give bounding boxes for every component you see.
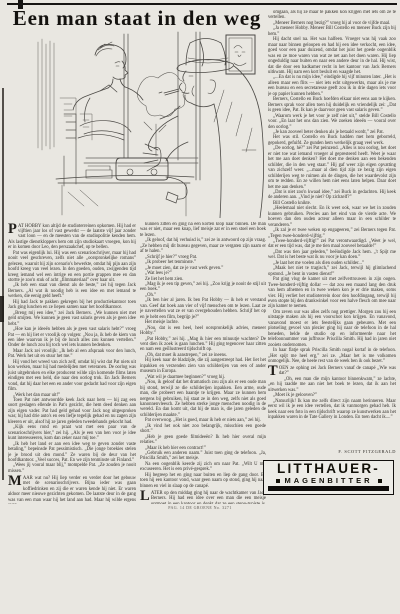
story-paragraph: „Maak het niet te tragisch,” zei Jack, t… (268, 266, 396, 277)
story-paragraph: „Nou, ik geloof dat het dramatisch zou z… (140, 380, 266, 418)
story-paragraph: „Oh, een man die mijn kantoor binnenkwam… (268, 377, 396, 393)
story-paragraph: „...En dat is nu mijn idee,” eindigde hi… (268, 75, 396, 97)
story-paragraph: „Dat was tien jaar geleden,” beëindigde … (268, 250, 396, 261)
story-paragraph: „Ik ben hier al jaren. Ik ben Pat Hobby … (140, 298, 266, 320)
story-paragraph: Na een oogenblik keerde zij zich om naar… (140, 462, 266, 473)
story-paragraph: „Pat Hobby,” zei hij. „Mag ik hier een m… (140, 337, 266, 353)
story-paragraph: kunnen zitten en ging na een korten klop… (140, 222, 266, 238)
story-paragraph: „Natuurlijk! Ik kan me zelfs direct zijn… (268, 399, 396, 421)
story-paragraph: „Ja meneer Hobby. Meneer Bill Costello e… (268, 26, 396, 37)
pen-drawing (28, 30, 268, 218)
story-paragraph: „Ik geloof, dat hij verhuisd is,” zei ze… (140, 238, 266, 254)
story-paragraph: „Ik heb het land er aan een idee weg te … (8, 442, 136, 464)
story-paragraph: Pat overwoog. „Het is goed, maar ik heb … (140, 418, 266, 423)
story-paragraph: Hij had Jack te pakken gekregen bij het … (8, 300, 136, 311)
story-paragraph: „Breng mij een idee,” zei Jack Berners. … (8, 311, 136, 327)
story-paragraph: „Hoe kan je ideeën hebben als je geen va… (8, 327, 136, 349)
story-paragraph: PAT HOBBY kon altijd de studioterreinen … (8, 224, 136, 251)
drop-cap: L (140, 491, 151, 502)
desk (56, 166, 194, 216)
man-figure (143, 39, 264, 219)
story-paragraph: „Ik zal je er twee weken op engageeren,”… (268, 228, 396, 239)
article-column-left: PAT HOBBY kon altijd de studioterreinen … (8, 222, 136, 504)
top-rule (7, 3, 397, 5)
story-illustration (28, 30, 268, 218)
woman-figure (73, 42, 143, 140)
scan-artifact-line (2, 88, 4, 480)
ad-product-row: MAGENBITTER (264, 477, 393, 485)
story-paragraph: Berners, Costello en Buck hoefden elkaar… (268, 97, 396, 113)
story-paragraph: „Kijk eens rond en praat wat met een paa… (8, 425, 136, 441)
drop-cap: M (8, 476, 23, 487)
story-paragraph: In haar flatje sprak Priscilla Smith nog… (268, 348, 396, 364)
ad-product-text: MAGENBITTER (285, 477, 373, 485)
ad-divider-bar (268, 486, 389, 491)
story-paragraph: omgaan, als hij ze maar te pakken kon kr… (268, 10, 396, 21)
story-paragraph: „De oorlog, hè?” zei Pat peinzend. „Alle… (268, 146, 396, 190)
author-byline: F. SCOTT FITZGERALD (268, 449, 396, 454)
story-paragraph: „Nou, dat is een heel, heel oorspronkeli… (140, 326, 266, 337)
story-paragraph: „Ik vind het ook niet zoo belangrijk, mi… (140, 424, 266, 435)
story-paragraph: MAAR wat nu? Hij liep verder en verder d… (8, 476, 136, 504)
scan-artifact-blotch (0, 296, 4, 322)
story-paragraph: „Heelemaal niet slecht. En ik weet ook, … (268, 206, 396, 228)
drop-cap: P (8, 224, 18, 235)
dictaphone (116, 158, 187, 203)
page-title: Een man staat in den weg (8, 6, 266, 31)
story-paragraph: „Mag ik je een tip geven,” zei hij. „Zoo… (140, 282, 266, 293)
story-paragraph: „Dat is niet zoo'n kwaad idee,” zei Buck… (268, 190, 396, 201)
square-bullet-icon (378, 479, 382, 483)
story-paragraph: Pat was eigenlijk lui. Hij was een scena… (8, 251, 136, 284)
drop-cap: T (268, 366, 279, 377)
litthauer-advertisement: LITTHAUER- MAGENBITTER (263, 460, 394, 495)
story-paragraph: Hij keek naar de bladzijde, die zij aang… (140, 358, 266, 374)
story-paragraph: Toen Pat niet antwoordde keek Jack naar … (8, 398, 136, 425)
article-column-right: omgaan, als hij ze maar te pakken kon kr… (268, 10, 396, 448)
story-paragraph: „Waarom werk je het voor je zelf niet ui… (268, 114, 396, 130)
story-paragraph: „Wees jij vooral maar blij,” mompelde Pa… (8, 463, 136, 474)
article-column-middle: kunnen zitten en ging na een korten klop… (140, 222, 266, 504)
square-bullet-icon (276, 479, 280, 483)
story-paragraph: Pat ging vlug de kamer uit met zelfvertr… (268, 277, 396, 310)
ad-brand-text: LITTHAUER- (264, 462, 393, 476)
story-paragraph: Hij begreep het en ging naar buiten en l… (140, 473, 266, 489)
story-paragraph: Maar Jack zei vroolijk: „Ik heb al een a… (8, 349, 136, 360)
story-paragraph: Hij dacht snel na. Het was halfeen. Vroe… (268, 37, 396, 75)
story-paragraph: Om zeven uur was alles zelfs nog prettig… (268, 310, 396, 348)
story-paragraph: „Ik heb een staat van dienst als de best… (8, 283, 136, 299)
story-paragraph: „Twee-honderd-vijftig!” zei Pat verontwa… (268, 239, 396, 250)
chair (64, 114, 76, 186)
story-paragraph: LATER op den middag ging hij naar de wac… (140, 491, 266, 504)
story-paragraph: Het was stil. Costello en Buck hadden me… (268, 135, 396, 146)
story-paragraph: „Gebruik een anderen naam.” Juist toen g… (140, 451, 266, 462)
story-paragraph: Hij vond het wreed van zich zelf, omdat … (8, 360, 136, 393)
story-paragraph: TOEN ze ophing zei Jack Berners vanaf de… (268, 366, 396, 377)
story-paragraph: „Heb je geen goede filmideeën? Ik heb hi… (140, 435, 266, 446)
magazine-page: Een man staat in den weg (0, 0, 400, 614)
page-footer: PAG. 14 DE GROENE No. 3271 (130, 505, 270, 510)
